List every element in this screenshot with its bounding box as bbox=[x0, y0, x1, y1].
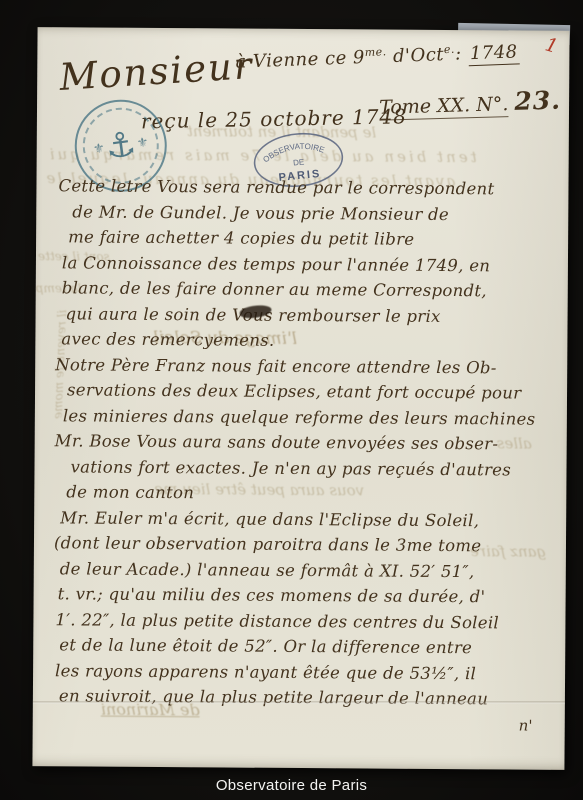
received-note: reçu le 25 octobre 1748 bbox=[141, 104, 407, 133]
oval-stamp-line2: DE bbox=[293, 157, 305, 167]
letter-body: Cette letre Vous sera rendue par le corr… bbox=[53, 173, 561, 712]
manuscript-line: qui aura le soin de Vous rembourser le p… bbox=[65, 301, 559, 330]
manuscript-line: les rayons apparens n'ayant êtée que de … bbox=[55, 658, 557, 687]
manuscript-line: servations des deux Eclipses, etant fort… bbox=[67, 377, 559, 406]
paper-crease bbox=[33, 701, 565, 704]
manuscript-line: en suivroit, que la plus petite largeur … bbox=[59, 683, 557, 712]
photo-caption: Observatoire de Paris bbox=[0, 777, 583, 794]
dateline-superscript: me. bbox=[365, 45, 387, 59]
dateline-text: d'Oct bbox=[386, 44, 444, 67]
manuscript-line: de leur Acade.) l'anneau se formât à XI.… bbox=[60, 556, 558, 585]
catchword: n' bbox=[519, 717, 533, 735]
dateline-superscript: e. bbox=[444, 43, 455, 56]
manuscript-line: Notre Père Franz nous fait encore attend… bbox=[55, 352, 559, 381]
manuscript-line: t. vr.; qu'au miliu des ces momens de sa… bbox=[58, 581, 558, 610]
fleur-de-lis-icon: ⚜ bbox=[92, 140, 106, 156]
letter-page: le pendant il en tournent tent bien au d… bbox=[32, 27, 569, 770]
manuscript-line: les minieres dans quelque reforme des le… bbox=[63, 403, 559, 432]
manuscript-line: avec des remercyemens. bbox=[61, 326, 559, 355]
manuscript-line: de Mr. de Gundel. Je vous prie Monsieur … bbox=[72, 199, 560, 228]
manuscript-line: vations fort exactes. Je n'en ay pas reç… bbox=[70, 454, 558, 483]
anchor-icon: ⚓ bbox=[103, 127, 138, 165]
manuscript-line: de mon canton bbox=[66, 479, 558, 508]
manuscript-line: et de la lune êtoit de 52″. Or la differ… bbox=[59, 632, 557, 661]
dateline-separator: : bbox=[455, 43, 469, 64]
manuscript-line: (dont leur observation paroitra dans le … bbox=[54, 530, 558, 559]
manuscript-line: me faire achetter 4 copies du petit libr… bbox=[68, 224, 560, 253]
archive-number: 23. bbox=[514, 86, 561, 116]
manuscript-line: Mr. Euler m'a écrit, que dans l'Eclipse … bbox=[60, 505, 558, 534]
salutation: Monsieur bbox=[58, 44, 255, 99]
dateline: à Vienne ce 9me. d'Octe.: 1748 bbox=[235, 40, 520, 72]
dateline-text: à Vienne ce 9 bbox=[235, 47, 365, 73]
manuscript-line: Mr. Bose Vous aura sans doute envoyées s… bbox=[55, 428, 559, 457]
manuscript-line: blanc, de les faire donner au meme Corre… bbox=[62, 275, 560, 304]
manuscript-line: 1′. 22″, la plus petite distance des cen… bbox=[55, 607, 557, 636]
fleur-de-lis-icon: ⚜ bbox=[136, 135, 150, 151]
manuscript-photo: le pendant il en tournent tent bien au d… bbox=[0, 0, 583, 800]
dateline-year: 1748 bbox=[467, 41, 520, 66]
folio-number: 1 bbox=[543, 33, 561, 58]
manuscript-line: Cette letre Vous sera rendue par le corr… bbox=[58, 173, 560, 202]
manuscript-line: la Connoissance des temps pour l'année 1… bbox=[62, 250, 560, 279]
